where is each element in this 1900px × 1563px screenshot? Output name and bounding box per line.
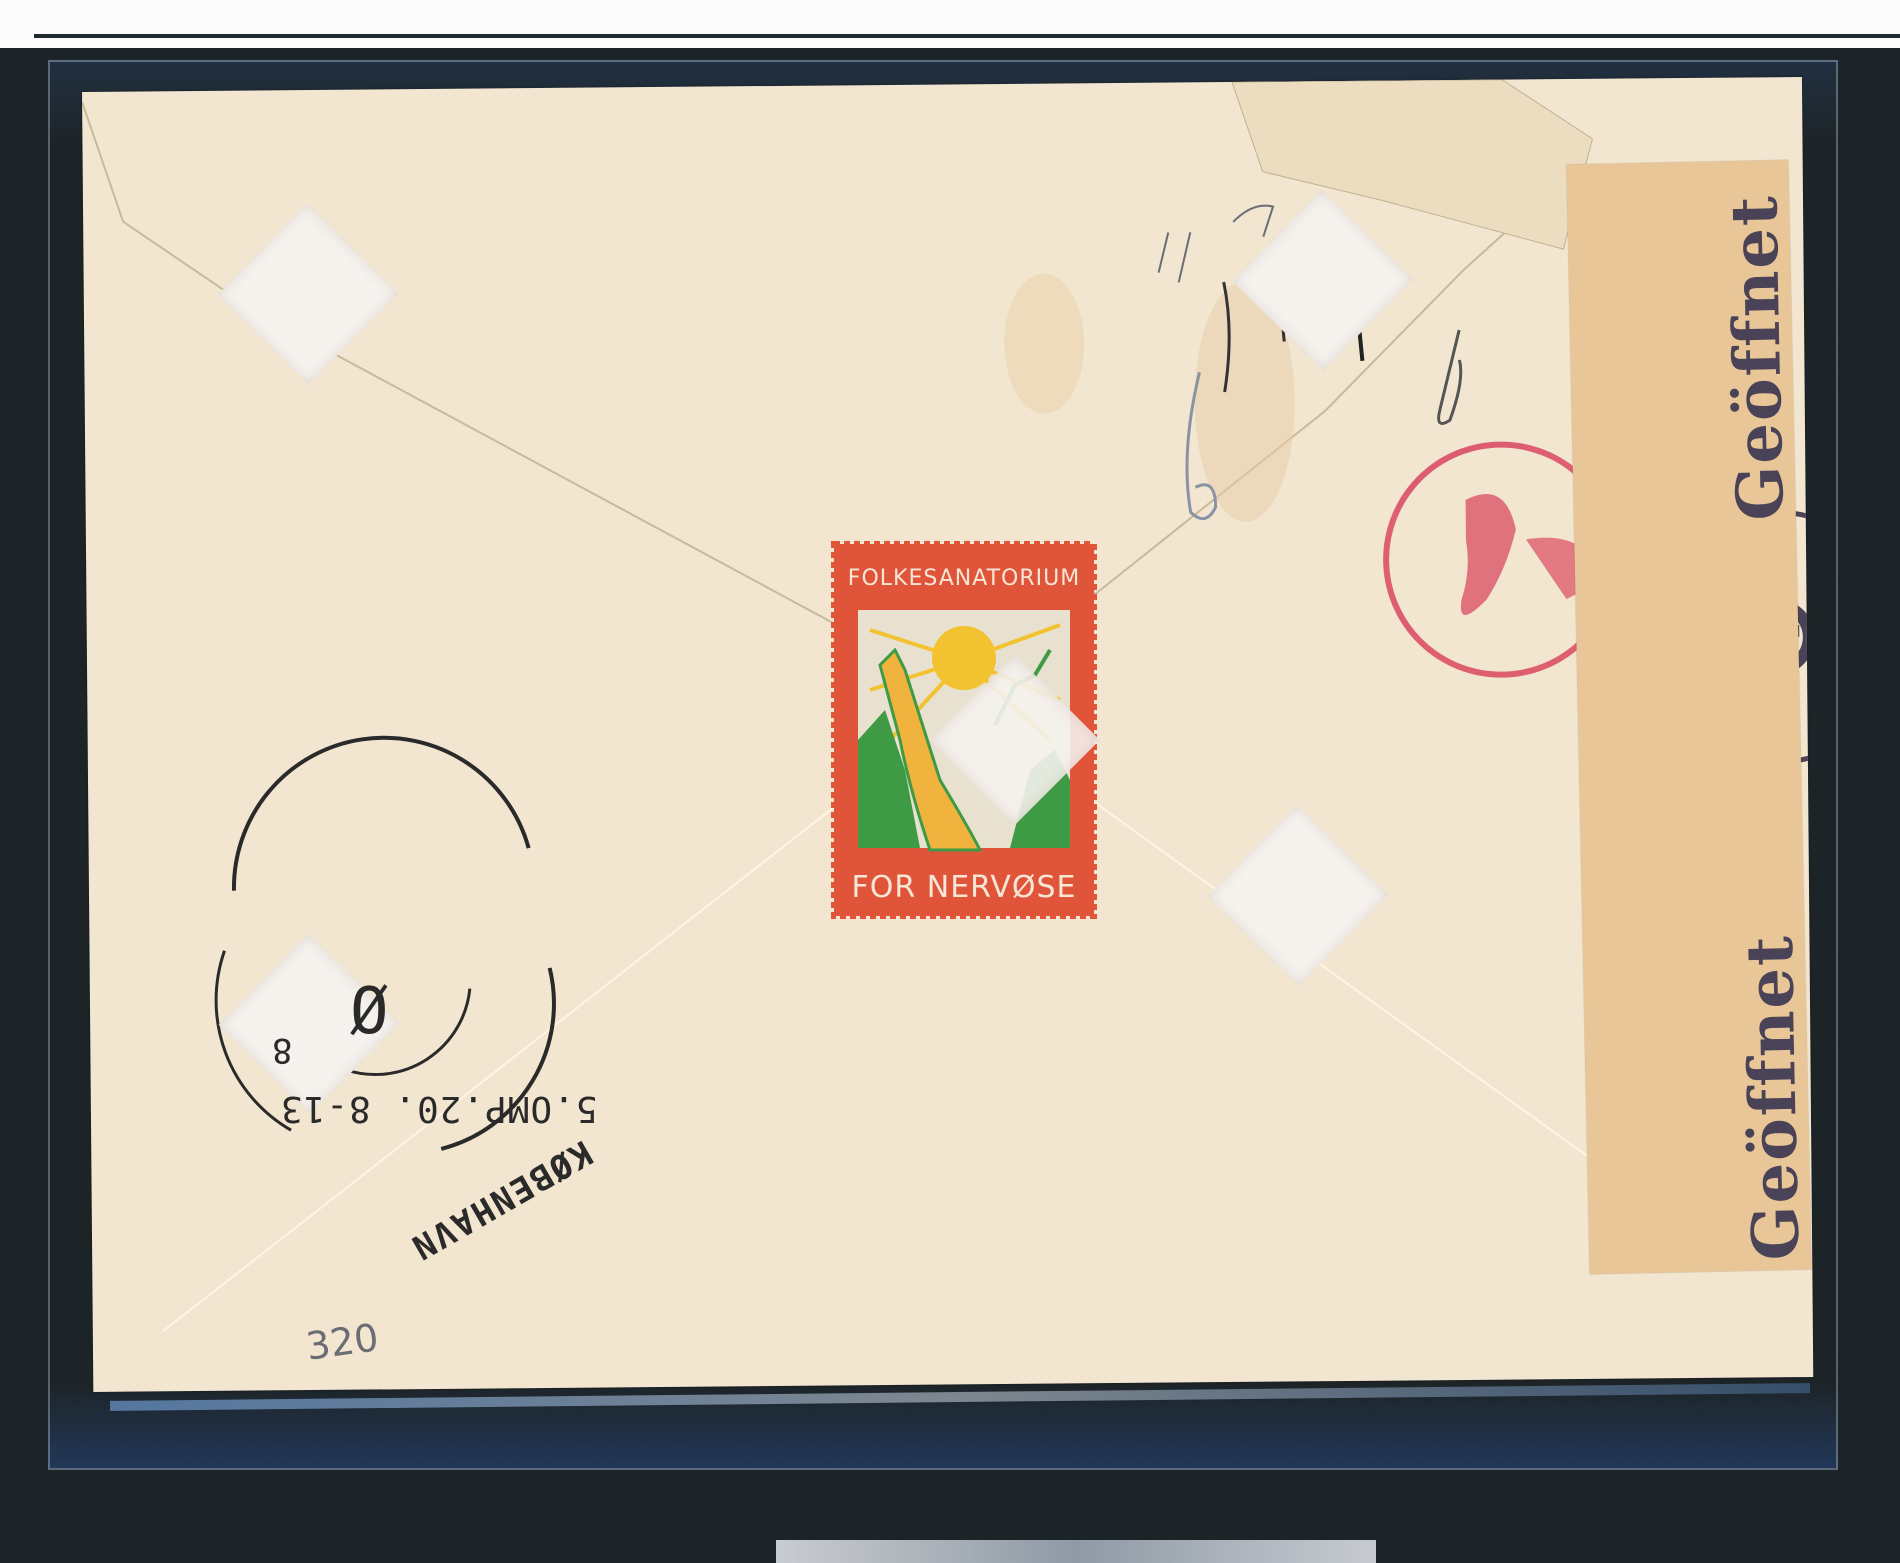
postmark-number: 8 <box>272 1030 292 1070</box>
charity-vignette: FOLKESANATORIUM FOR NERVØSE <box>830 540 1098 920</box>
postmark-district: Ø <box>350 975 389 1049</box>
censor-tape-text-top: Geöffnet <box>1716 160 1794 521</box>
censor-tape-text-bottom: Geöffnet <box>1731 860 1809 1261</box>
vignette-title: FOLKESANATORIUM <box>830 566 1098 591</box>
vignette-subtitle: FOR NERVØSE <box>830 870 1098 905</box>
album-page-edge <box>34 34 1900 38</box>
postmark-date: 5.OMP.20. 8-13 <box>280 1088 597 1129</box>
album-tape-strip <box>776 1540 1376 1563</box>
censor-tape: Geöffnet Geöffnet <box>1566 160 1811 1274</box>
